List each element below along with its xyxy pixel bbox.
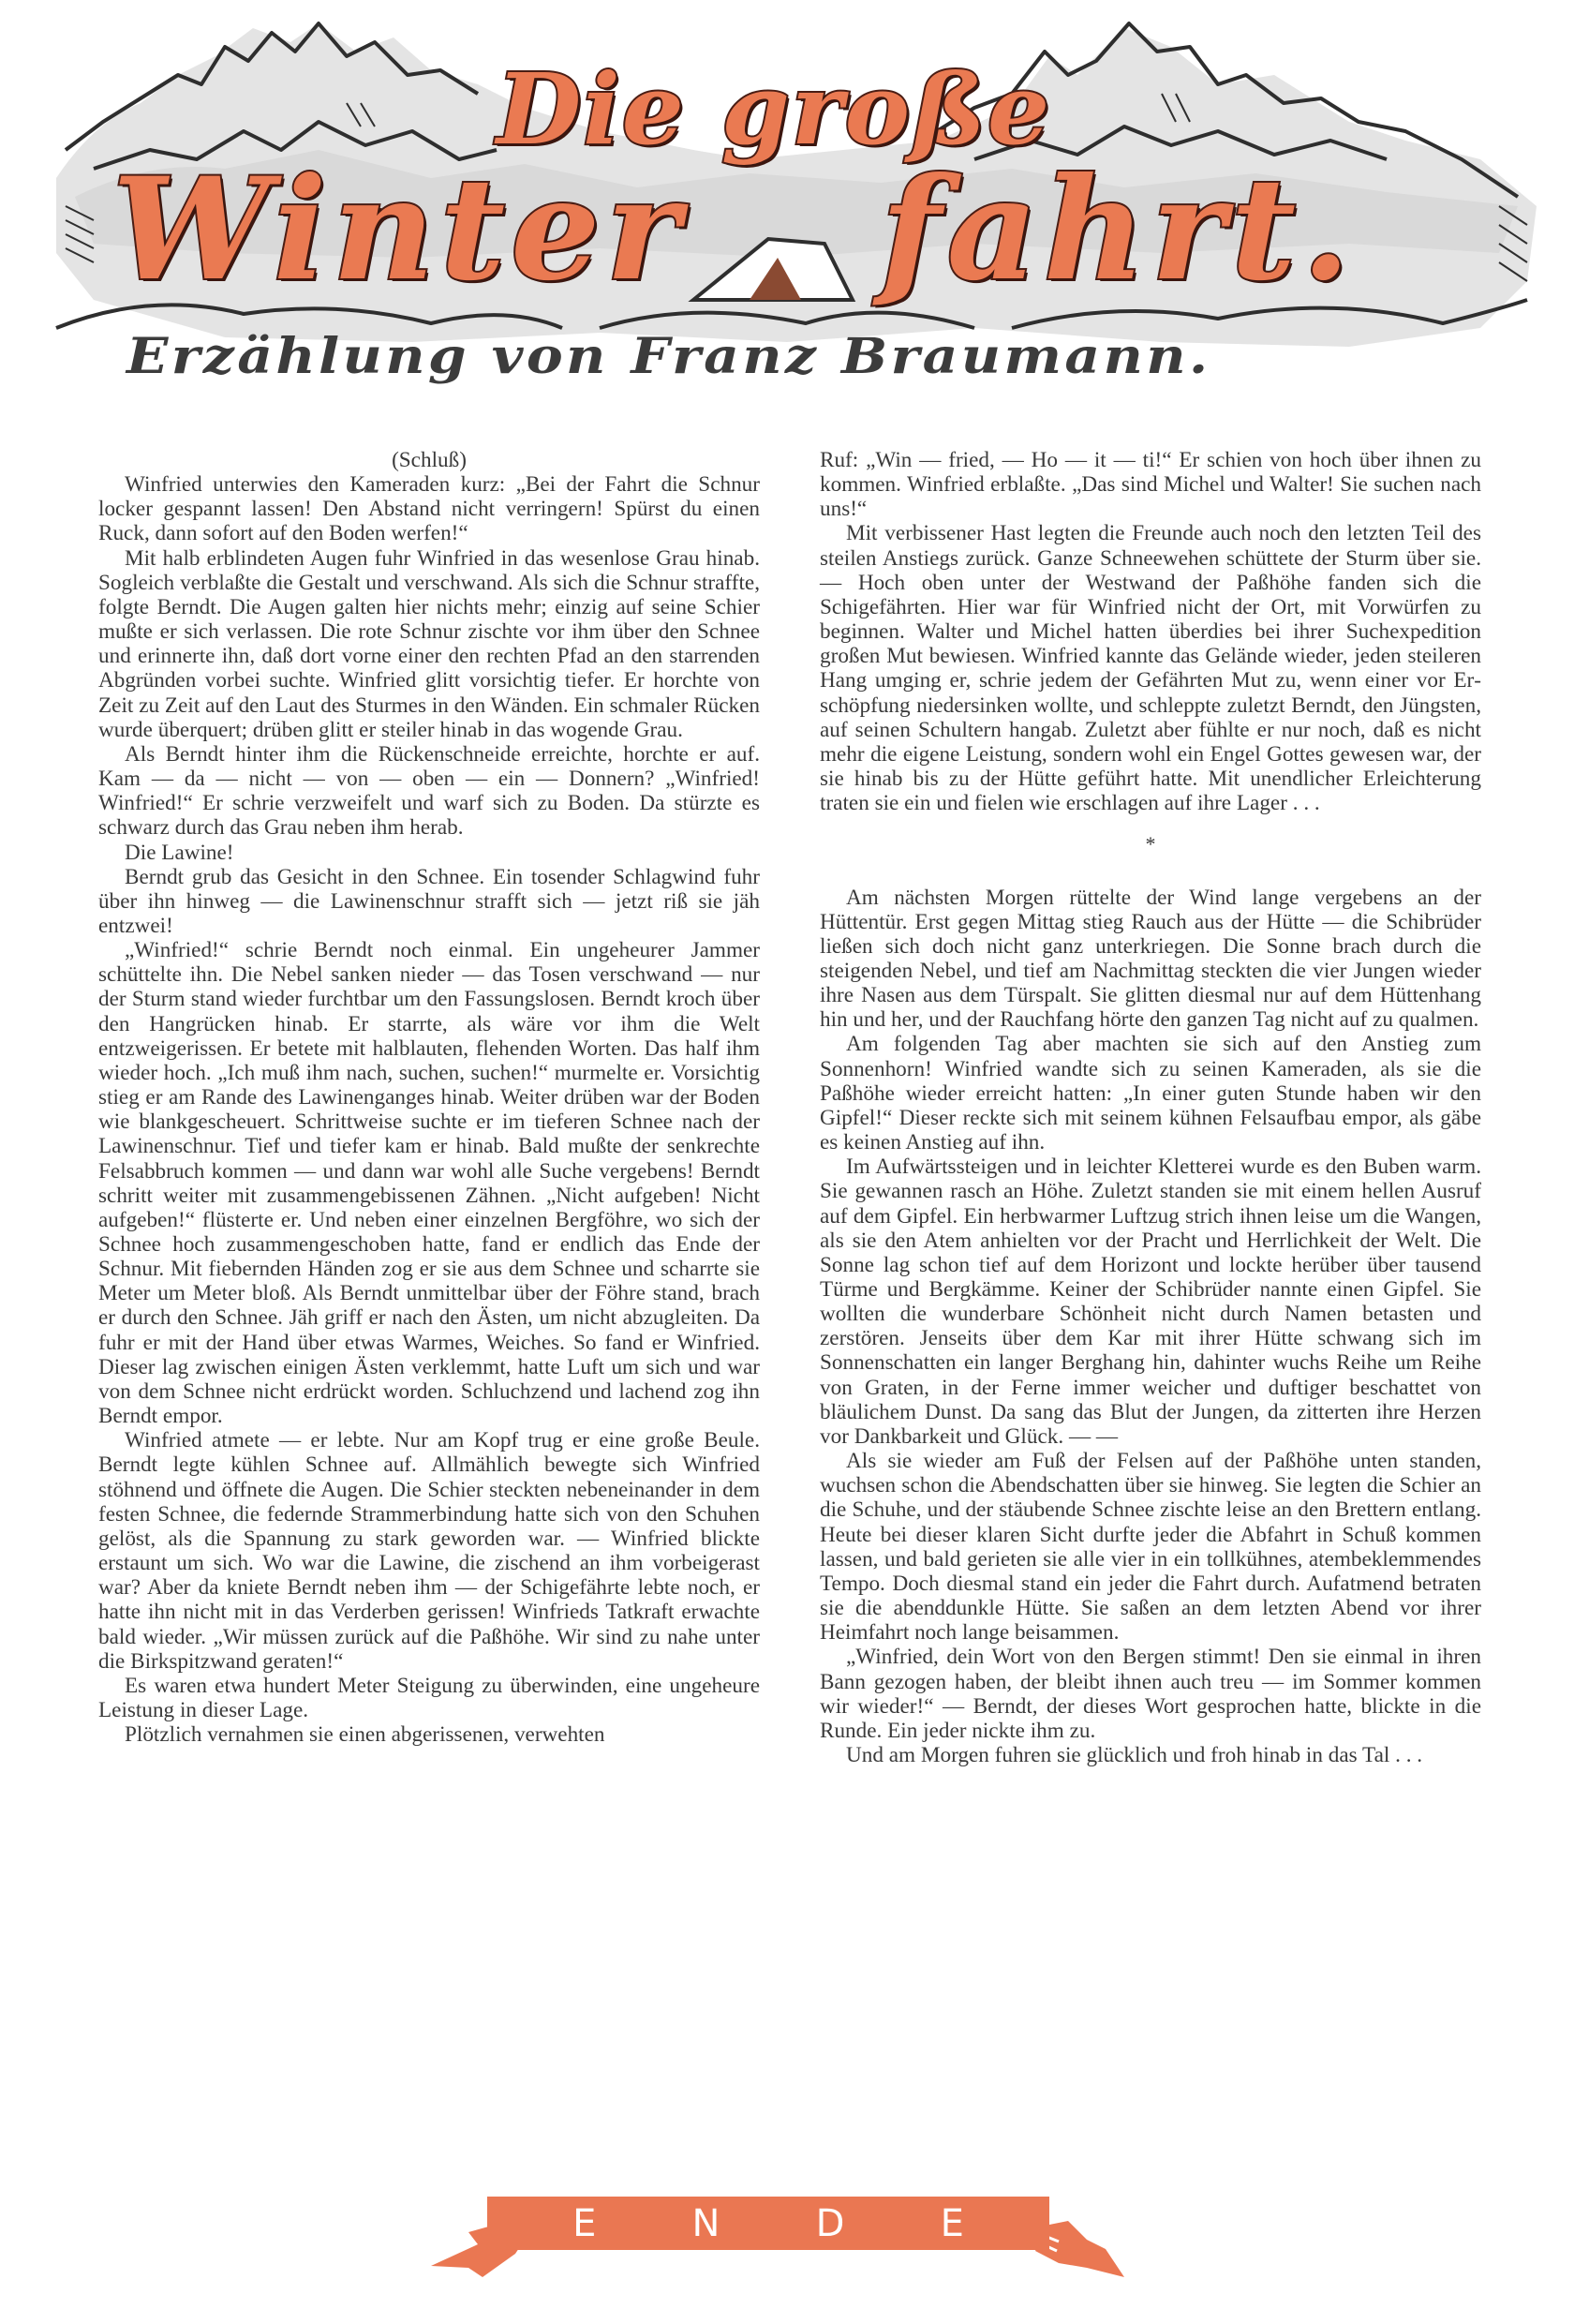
paragraph-continuation: Ruf: „Win — fried, — Ho — it — ti!“ Er s… — [820, 448, 1481, 521]
ende-letter: E — [572, 2202, 596, 2245]
paragraph: Als Berndt hinter ihm die Rückenschneide… — [98, 742, 760, 841]
section-break-asterisk: * — [820, 832, 1481, 857]
paragraph: Am folgenden Tag aber machten sie sich a… — [820, 1032, 1481, 1155]
paragraph: „Winfried!“ schrie Berndt noch einmal. E… — [98, 938, 760, 1428]
paragraph: Die Lawine! — [98, 841, 760, 865]
paragraph: Am nächsten Morgen rüttelte der Wind lan… — [820, 886, 1481, 1033]
author-byline: Erzählung von Franz Braumann. — [126, 328, 1211, 385]
paragraph: Mit halb erblindeten Augen fuhr Winfried… — [98, 546, 760, 742]
paragraph: Plötzlich vernahmen sie einen abgerissen… — [98, 1722, 760, 1747]
paragraph: Berndt grub das Gesicht in den Schnee. E… — [98, 865, 760, 938]
paragraph: „Winfried, dein Wort von den Bergen stim… — [820, 1645, 1481, 1743]
paragraph: Winfried unterwies den Kameraden kurz: „… — [98, 472, 760, 545]
title-word-fahrt: fahrt. — [881, 159, 1356, 300]
title-illustration: Die große Winter fahrt. Erzählung von Fr… — [37, 19, 1555, 412]
ende-banner: E N D E — [412, 2174, 1124, 2277]
ende-letter: N — [692, 2202, 720, 2245]
paragraph: Als sie wieder am Fuß der Felsen auf der… — [820, 1449, 1481, 1645]
article-column-left: (Schluß) Winfried unterwies den Kamerade… — [98, 448, 760, 1747]
paragraph: Es waren etwa hundert Meter Steigung zu … — [98, 1674, 760, 1722]
paragraph: Im Aufwärtssteigen und in leichter Klett… — [820, 1155, 1481, 1449]
ende-band: E N D E — [487, 2197, 1049, 2250]
ende-letter: E — [941, 2202, 964, 2245]
continuation-subtitle: (Schluß) — [98, 448, 760, 472]
ende-letter: D — [816, 2202, 845, 2245]
article-column-right: Ruf: „Win — fried, — Ho — it — ti!“ Er s… — [820, 448, 1481, 1767]
paragraph: Winfried atmete — er lebte. Nur am Kopf … — [98, 1428, 760, 1674]
title-word-winter: Winter — [112, 159, 686, 300]
title-line-1: Die große — [497, 61, 1051, 158]
paragraph: Mit verbissener Hast legten die Freunde … — [820, 521, 1481, 815]
paragraph: Und am Morgen fuhren sie glücklich und f… — [820, 1743, 1481, 1767]
